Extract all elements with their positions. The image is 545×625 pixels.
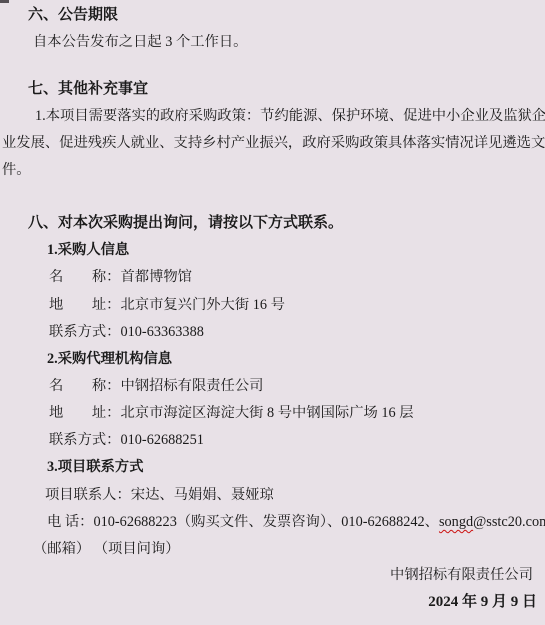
section7-heading: 七、其他补充事宜 <box>28 80 148 98</box>
agency-name-line: 名 称：中钢招标有限责任公司 <box>49 377 263 395</box>
signature-company: 中钢招标有限责任公司 <box>390 566 533 584</box>
project-contact-title: 3.项目联系方式 <box>47 458 144 476</box>
project-phone-prefix: 电 话：010-62688223（购买文件、发票咨询）、010-62688242… <box>47 514 439 530</box>
agency-contact-line: 联系方式：010-62688251 <box>49 431 204 449</box>
window-corner-artifact <box>0 0 9 3</box>
section6-heading: 六、公告期限 <box>28 6 118 24</box>
project-contacts-line: 项目联系人：宋达、马娟娟、聂娅琼 <box>45 486 274 504</box>
email-domain: @sstc20.com <box>473 514 545 530</box>
purchaser-address-line: 地 址：北京市复兴门外大街 16 号 <box>49 296 285 314</box>
signature-date: 2024 年 9 月 9 日 <box>428 593 537 611</box>
purchaser-info-title: 1.采购人信息 <box>47 241 129 259</box>
purchaser-name-line: 名 称：首都博物馆 <box>49 268 192 286</box>
email-username: songd <box>439 514 473 530</box>
section7-paragraph-line2: 业发展、促进残疾人就业、支持乡村产业振兴，政府采购政策具体落实情况详见遴选文 <box>2 134 545 152</box>
purchaser-contact-line: 联系方式：010-63363388 <box>49 323 204 341</box>
section6-body: 自本公告发布之日起 3 个工作日。 <box>33 33 247 51</box>
project-phone-line2: （邮箱） （项目问询） <box>33 540 180 558</box>
section8-heading: 八、对本次采购提出询问，请按以下方式联系。 <box>28 214 343 232</box>
agency-info-title: 2.采购代理机构信息 <box>47 350 172 368</box>
section7-paragraph-line3: 件。 <box>2 161 31 179</box>
section7-paragraph-line1: 1.本项目需要落实的政府采购政策：节约能源、保护环境、促进中小企业及监狱企 <box>35 107 545 125</box>
project-phone-line: 电 话：010-62688223（购买文件、发票咨询）、010-62688242… <box>47 513 545 531</box>
document-page: 六、公告期限 自本公告发布之日起 3 个工作日。 七、其他补充事宜 1.本项目需… <box>0 0 545 625</box>
agency-address-line: 地 址：北京市海淀区海淀大街 8 号中钢国际广场 16 层 <box>49 404 414 422</box>
